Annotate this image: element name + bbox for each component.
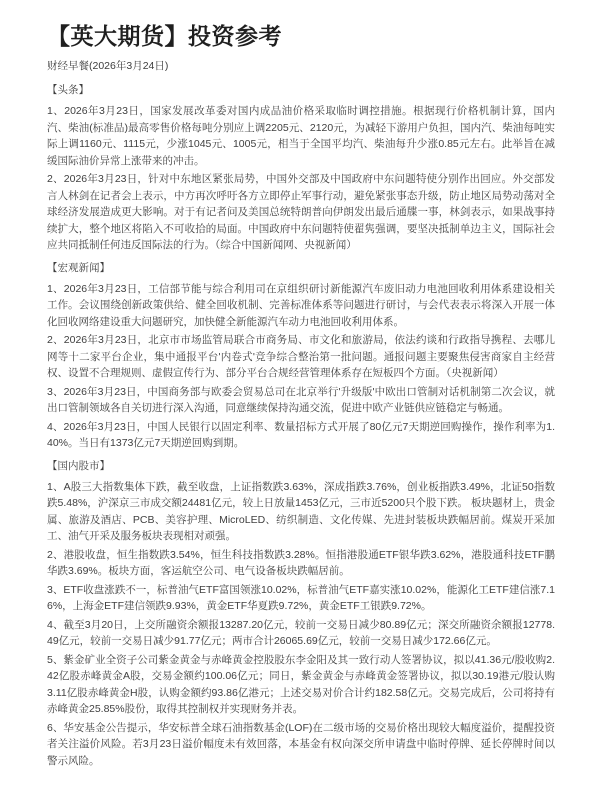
news-paragraph: 3、ETF收盘涨跌不一，标普油气ETF富国领涨10.02%，标普油气ETF嘉实涨…: [47, 582, 555, 615]
section-macro-news: 【宏观新闻】 1、2026年3月23日，工信部节能与综合利用司在京组织研讨新能源…: [47, 260, 555, 452]
news-paragraph: 1、2026年3月23日，工信部节能与综合利用司在京组织研讨新能源汽车废旧动力电…: [47, 281, 555, 331]
section-heading-macro-news: 【宏观新闻】: [47, 260, 555, 277]
news-paragraph: 5、紫金矿业全资子公司紫金黄金与赤峰黄金控股股东李金阳及其一致行动人签署协议，拟…: [47, 652, 555, 718]
section-heading-domestic-stock-market: 【国内股市】: [47, 458, 555, 475]
news-paragraph: 4、截至3月20日，上交所融资余额报13287.20亿元，较前一交易日减少80.…: [47, 617, 555, 650]
news-paragraph: 3、2026年3月23日，中国商务部与欧委会贸易总司在北京举行'升级版'中欧出口…: [47, 384, 555, 417]
news-paragraph: 4、2026年3月23日，中国人民银行以固定利率、数量招标方式开展了80亿元7天…: [47, 419, 555, 452]
page-title: 【英大期货】投资参考: [47, 22, 555, 51]
news-paragraph: 6、华安基金公告提示，华安标普全球石油指数基金(LOF)在二级市场的交易价格出现…: [47, 720, 555, 770]
document-page: 【英大期货】投资参考 财经早餐(2026年3月24日) 【头条】 1、2026年…: [0, 0, 600, 800]
news-paragraph: 2、港股收盘，恒生指数跌3.54%，恒生科技指数跌3.28%。恒指港股通ETF银…: [47, 547, 555, 580]
news-paragraph: 1、A股三大指数集体下跌，截至收盘，上证指数跌3.63%，深成指跌3.76%，创…: [47, 479, 555, 545]
page-subtitle: 财经早餐(2026年3月24日): [47, 59, 555, 74]
section-heading-headlines: 【头条】: [47, 82, 555, 99]
section-domestic-stock-market: 【国内股市】 1、A股三大指数集体下跌，截至收盘，上证指数跌3.63%，深成指跌…: [47, 458, 555, 770]
news-paragraph: 1、2026年3月23日，国家发展改革委对国内成品油价格采取临时调控措施。根据现…: [47, 103, 555, 169]
news-paragraph: 2、2026年3月23日，针对中东地区紧张局势，中国外交部及中国政府中东问题特使…: [47, 171, 555, 254]
section-headlines: 【头条】 1、2026年3月23日，国家发展改革委对国内成品油价格采取临时调控措…: [47, 82, 555, 254]
news-paragraph: 2、2026年3月23日，北京市市场监管局联合市商务局、市文化和旅游局，依法约谈…: [47, 332, 555, 382]
